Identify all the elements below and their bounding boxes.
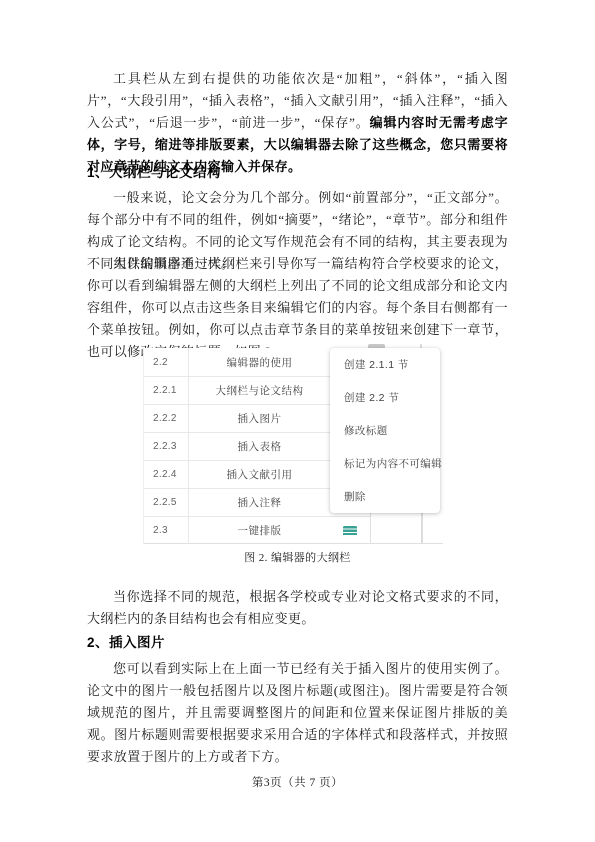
menu-item-create-section: 创建 2.2 节	[330, 382, 440, 415]
outline-row: 2.3 一键排版	[144, 516, 370, 544]
cropped-ui-fragment	[371, 543, 443, 544]
figure-context-menu: 创建 2.1.1 节 创建 2.2 节 修改标题 标记为内容不可编辑 删除	[330, 348, 440, 513]
paragraph-spec: 当你选择不同的规范，根据各学校或专业对论文格式要求的不同，大纲栏内的条目结构也会…	[87, 586, 508, 630]
heading-outline-section: 1、大纲栏与论文结构	[87, 163, 508, 183]
outline-row-title: 插入表格	[189, 439, 330, 454]
outline-row-title: 大纲栏与论文结构	[189, 383, 330, 398]
outline-row-number: 2.2.1	[144, 377, 189, 404]
outline-row-number: 2.3	[144, 517, 189, 544]
outline-row-number: 2.2	[144, 348, 189, 376]
figure-caption: 图 2. 编辑器的大纲栏	[0, 549, 595, 565]
outline-row-title: 插入注释	[189, 495, 330, 510]
paragraph-image: 您可以看到实际上在上面一节已经有关于插入图片的使用实例了。论文中的图片一般包括图…	[87, 658, 508, 768]
outline-row-number: 2.2.2	[144, 405, 189, 432]
document-page: 工具栏从左到右提供的功能依次是“加粗”，“斜体”，“插入图片”，“大段引用”，“…	[0, 0, 595, 842]
outline-row-title: 编辑器的使用	[189, 355, 330, 370]
outline-row-title: 插入图片	[189, 411, 330, 426]
outline-row-number: 2.2.4	[144, 461, 189, 488]
outline-row-title: 一键排版	[189, 523, 330, 538]
paragraph-outline-intro: 大以编辑器通过大纲栏来引导你写一篇结构符合学校要求的论文，你可以看到编辑器左侧的…	[87, 253, 508, 363]
paragraph-toolbar: 工具栏从左到右提供的功能依次是“加粗”，“斜体”，“插入图片”，“大段引用”，“…	[87, 68, 508, 178]
menu-item-delete: 删除	[330, 481, 440, 514]
heading-insert-image: 2、插入图片	[87, 633, 508, 653]
menu-item-rename: 修改标题	[330, 415, 440, 448]
menu-item-mark-uneditable: 标记为内容不可编辑	[330, 448, 440, 481]
format-list-icon	[343, 526, 357, 536]
outline-row-number: 2.2.3	[144, 433, 189, 460]
cropped-ui-fragment	[421, 513, 423, 543]
page-number-footer: 第3页（共 7 页）	[0, 774, 595, 790]
menu-item-create-subsection: 创建 2.1.1 节	[330, 349, 440, 382]
outline-row-number: 2.2.5	[144, 489, 189, 516]
outline-row-title: 插入文献引用	[189, 467, 330, 482]
